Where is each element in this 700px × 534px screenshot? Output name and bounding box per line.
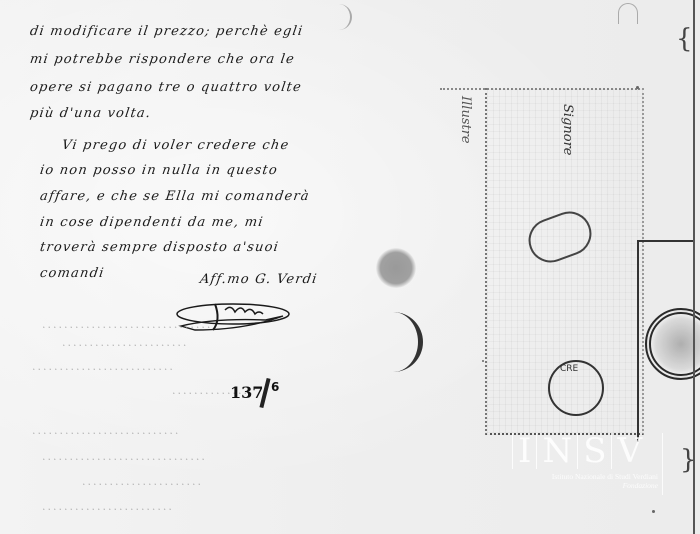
wax-seal-stain xyxy=(376,248,416,288)
archive-number: 137 xyxy=(230,383,263,402)
watermark-subtitle: Fondazione xyxy=(512,481,662,490)
paper-fold-mark xyxy=(336,4,352,30)
bleed-through-line: .............................. xyxy=(40,450,205,463)
brace-mark-icon: } xyxy=(680,445,697,475)
letter-line: opere si pagano tre o quattro volte xyxy=(29,80,303,95)
letter-line: troverà sempre disposto a'suoi xyxy=(39,240,280,255)
letter-line: in cose dipendenti da me, mi xyxy=(39,215,265,230)
paper-cutout-edge xyxy=(637,240,695,442)
watermark-letter: V xyxy=(611,433,647,469)
bleed-through-line: ............................... xyxy=(40,318,210,331)
letter-line: più d'una volta. xyxy=(29,106,152,121)
watermark-letters: I N S V xyxy=(512,433,662,469)
watermark-letter: S xyxy=(577,433,611,469)
bleed-through-line: ........................ xyxy=(40,500,172,513)
archive-subnumber: 6 xyxy=(271,380,279,394)
letter-line: comandi xyxy=(39,266,106,281)
ink-speck xyxy=(482,360,484,362)
letter-line: mi potrebbe rispondere che ora le xyxy=(29,52,296,67)
bleed-through-line: ...................... xyxy=(80,475,201,488)
paper-fold-mark xyxy=(618,3,638,24)
address-script: Illustre xyxy=(458,96,473,144)
seal-arc xyxy=(392,312,423,372)
bleed-through-line: .......................... xyxy=(30,360,173,373)
brace-mark-icon: { xyxy=(676,24,693,54)
bleed-through-line: ........................... xyxy=(30,424,178,437)
letter-line: io non posso in nulla in questo xyxy=(39,163,279,178)
postmark-label: CRE xyxy=(560,364,578,374)
letter-line: Vi prego di voler credere che xyxy=(61,138,290,153)
letter-line: di modificare il prezzo; perchè egli xyxy=(29,24,304,39)
letter-line: affare, e che se Ella mi comanderà xyxy=(39,189,311,204)
watermark-letter: I xyxy=(512,433,536,469)
address-script: Signore xyxy=(560,104,575,156)
watermark-letter: N xyxy=(536,433,577,469)
bleed-through-line: ....................... xyxy=(60,336,186,349)
letter-closing: Aff.mo G. Verdi xyxy=(199,272,319,287)
ink-speck xyxy=(652,510,655,513)
watermark-institution-name: Istituto Nazionale di Studi Verdiani xyxy=(512,472,662,481)
ink-speck xyxy=(636,86,639,89)
insv-watermark: I N S V Istituto Nazionale di Studi Verd… xyxy=(512,433,663,495)
scanned-letter: di modificare il prezzo; perchè egli mi … xyxy=(0,0,700,534)
